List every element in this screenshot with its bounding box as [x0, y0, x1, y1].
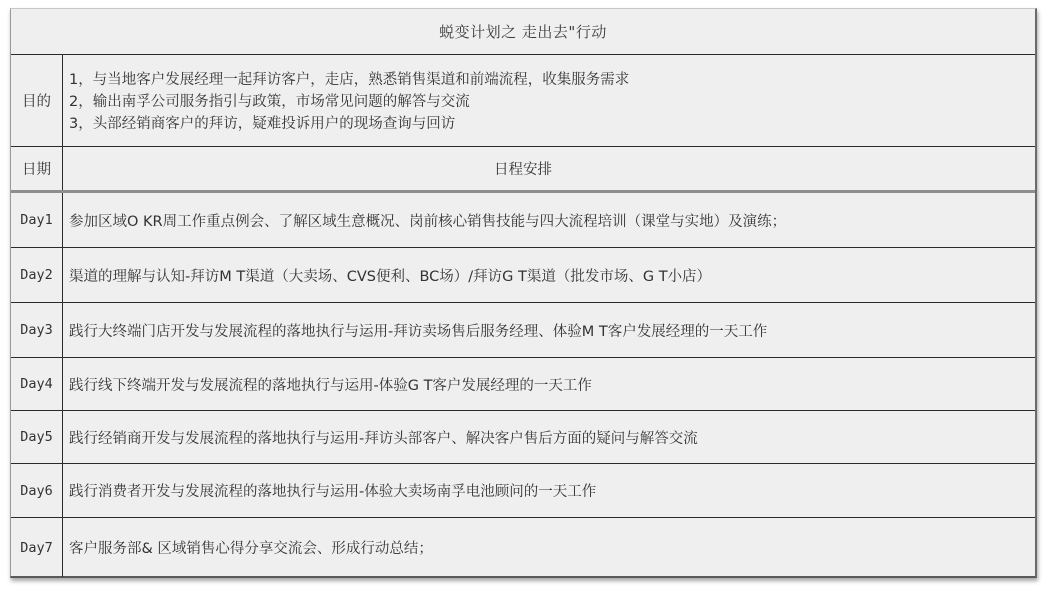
table-row: Day5 践行经销商开发与发展流程的落地执行与运用-拜访头部客户、解决客户售后方…	[11, 411, 1035, 464]
column-header-row: 日期 日程安排	[11, 147, 1035, 193]
purpose-line-1: 1，与当地客户发展经理一起拜访客户，走店，熟悉销售渠道和前端流程，收集服务需求	[69, 69, 629, 91]
schedule-cell: 客户服务部& 区域销售心得分享交流会、形成行动总结；	[63, 518, 1035, 577]
purpose-line-3: 3，头部经销商客户的拜访，疑难投诉用户的现场查询与回访	[69, 113, 629, 135]
day-cell: Day5	[11, 411, 63, 463]
table-title: 蜕变计划之 走出去"行动	[439, 21, 607, 42]
schedule-cell: 践行消费者开发与发展流程的落地执行与运用-体验大卖场南孚电池顾问的一天工作	[63, 464, 1035, 517]
purpose-row: 目的 1，与当地客户发展经理一起拜访客户，走店，熟悉销售渠道和前端流程，收集服务…	[11, 55, 1035, 147]
purpose-label: 目的	[11, 55, 63, 146]
day-cell: Day3	[11, 303, 63, 357]
schedule-table: 蜕变计划之 走出去"行动 目的 1，与当地客户发展经理一起拜访客户，走店，熟悉销…	[10, 8, 1037, 578]
table-row: Day7 客户服务部& 区域销售心得分享交流会、形成行动总结；	[11, 518, 1035, 577]
schedule-cell: 践行大终端门店开发与发展流程的落地执行与运用-拜访卖场售后服务经理、体验M T客…	[63, 303, 1035, 357]
table-row: Day3 践行大终端门店开发与发展流程的落地执行与运用-拜访卖场售后服务经理、体…	[11, 303, 1035, 358]
table-row: Day6 践行消费者开发与发展流程的落地执行与运用-体验大卖场南孚电池顾问的一天…	[11, 464, 1035, 518]
day-cell: Day2	[11, 248, 63, 302]
day-cell: Day6	[11, 464, 63, 517]
day-cell: Day7	[11, 518, 63, 577]
schedule-cell: 渠道的理解与认知-拜访M T渠道（大卖场、CVS便利、BC场）/拜访G T渠道（…	[63, 248, 1035, 302]
day-cell: Day1	[11, 193, 63, 247]
date-column-header: 日期	[11, 147, 63, 190]
table-row: Day2 渠道的理解与认知-拜访M T渠道（大卖场、CVS便利、BC场）/拜访G…	[11, 248, 1035, 303]
purpose-line-2: 2，输出南孚公司服务指引与政策，市场常见问题的解答与交流	[69, 91, 629, 113]
table-row: Day4 践行线下终端开发与发展流程的落地执行与运用-体验G T客户发展经理的一…	[11, 358, 1035, 411]
purpose-content: 1，与当地客户发展经理一起拜访客户，走店，熟悉销售渠道和前端流程，收集服务需求 …	[63, 55, 1035, 146]
schedule-cell: 践行经销商开发与发展流程的落地执行与运用-拜访头部客户、解决客户售后方面的疑问与…	[63, 411, 1035, 463]
schedule-cell: 参加区域O KR周工作重点例会、了解区域生意概况、岗前核心销售技能与四大流程培训…	[63, 193, 1035, 247]
day-cell: Day4	[11, 358, 63, 410]
schedule-column-header: 日程安排	[63, 147, 1035, 190]
table-row: Day1 参加区域O KR周工作重点例会、了解区域生意概况、岗前核心销售技能与四…	[11, 193, 1035, 248]
table-title-row: 蜕变计划之 走出去"行动	[11, 9, 1035, 55]
schedule-cell: 践行线下终端开发与发展流程的落地执行与运用-体验G T客户发展经理的一天工作	[63, 358, 1035, 410]
